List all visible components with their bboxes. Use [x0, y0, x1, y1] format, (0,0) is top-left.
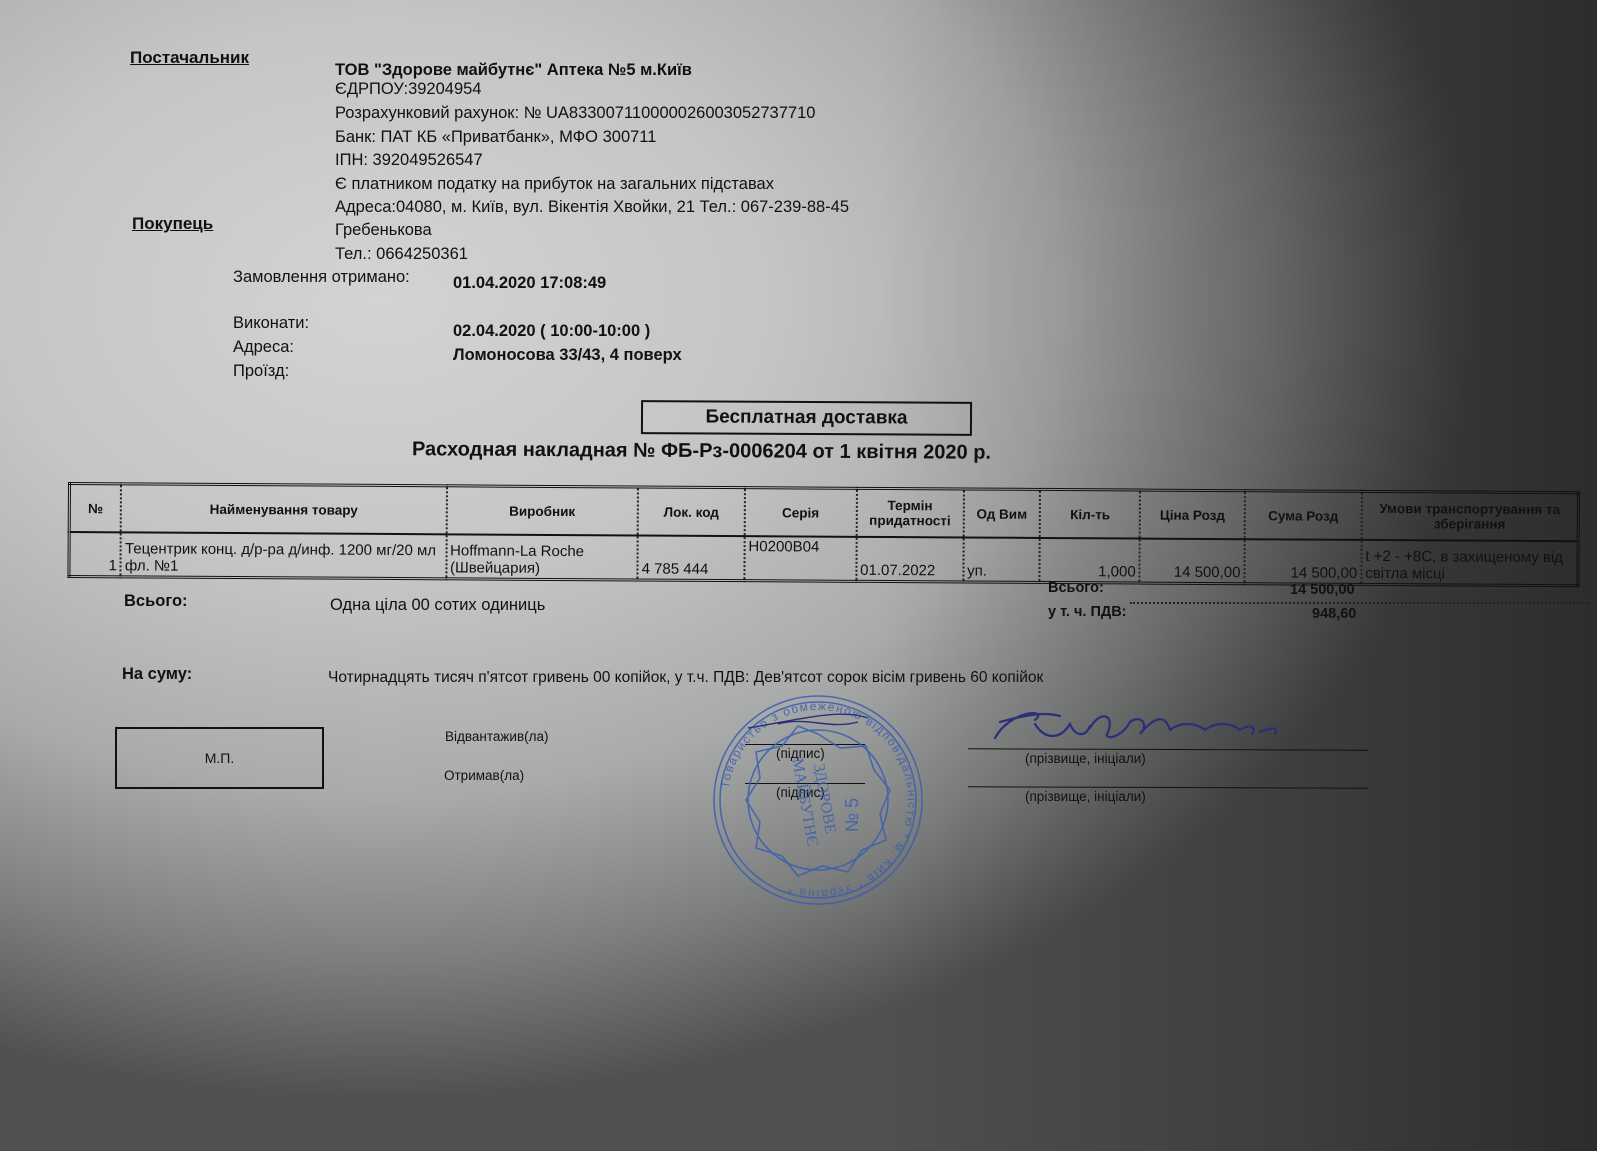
cell-manufacturer: Hoffmann-La Roche (Швейцария) [446, 534, 638, 580]
col-header-price: Ціна Розд [1140, 490, 1245, 539]
total-value: 14 500,00 [1290, 582, 1355, 598]
supplier-edrpou: ЄДРПОУ:39204954 [335, 80, 482, 99]
cell-series: H0200B04 [744, 536, 856, 581]
shipped-label: Відвантажив(ла) [445, 729, 549, 744]
col-header-qty: Кіл-ть [1040, 489, 1140, 538]
free-delivery-badge: Бесплатная доставка [641, 400, 972, 436]
total-right-label: Всього: [1048, 580, 1104, 596]
order-route-label: Проїзд: [233, 362, 289, 381]
buyer-phone: Тел.: 0664250361 [335, 245, 468, 264]
supplier-name: ТОВ "Здорове майбутнє" Аптека №5 м.Київ [335, 61, 692, 80]
invoice-title: Расходная накладная № ФБ-Рз-0006204 от 1… [412, 438, 991, 465]
svg-text:№ 5: № 5 [842, 798, 862, 832]
order-execute-value: 02.04.2020 ( 10:00-10:00 ) [453, 322, 650, 341]
vat-label: у т. ч. ПДВ: [1048, 604, 1127, 620]
cell-sum: 14 500,00 [1244, 539, 1361, 584]
total-label: Всього: [124, 592, 188, 611]
cell-qty: 1,000 [1040, 538, 1140, 583]
supplier-bank: Банк: ПАТ КБ «Приватбанк», МФО 300711 [335, 128, 656, 147]
cell-storage: t +2 - +8C, в захищеному від світла місц… [1361, 540, 1578, 586]
cell-unit: уп. [963, 537, 1040, 582]
cell-name: Тецентрик конц. д/р-ра д/инф. 1200 мг/20… [121, 532, 446, 578]
supplier-tax-status: Є платником податку на прибуток на загал… [335, 175, 774, 194]
col-header-no: № [69, 484, 121, 533]
col-header-expiry: Термін придатності [856, 488, 963, 537]
handwritten-signature-icon [990, 700, 1310, 750]
order-received-label: Замовлення отримано: [233, 268, 410, 287]
order-execute-label: Виконати: [233, 314, 309, 333]
col-header-local-code: Лок. код [638, 487, 745, 536]
order-address-label: Адреса: [233, 338, 294, 357]
cell-price: 14 500,00 [1140, 539, 1245, 584]
supplier-label: Постачальник [130, 48, 249, 68]
col-header-series: Серія [745, 488, 857, 537]
buyer-label: Покупець [132, 214, 213, 234]
total-divider [1130, 602, 1590, 604]
total-words: Одна ціла 00 сотих одиниць [330, 596, 545, 615]
col-header-manufacturer: Виробник [446, 486, 638, 536]
items-table: № Найменування товару Виробник Лок. код … [67, 482, 1580, 587]
order-received-value: 01.04.2020 17:08:49 [453, 274, 606, 293]
stamp-place-box: М.П. [115, 727, 324, 789]
vat-value: 948,60 [1312, 606, 1356, 622]
sum-label: На суму: [122, 665, 192, 684]
supplier-account: Розрахунковий рахунок: № UA8330071100000… [335, 104, 815, 123]
col-header-sum: Сума Розд [1245, 491, 1362, 540]
order-address-value: Ломоносова 33/43, 4 поверх [453, 346, 682, 365]
buyer-name: Гребенькова [335, 221, 432, 240]
table-row: 1 Тецентрик конц. д/р-ра д/инф. 1200 мг/… [69, 532, 1578, 586]
col-header-storage: Умови транспортування та зберігання [1361, 491, 1578, 541]
supplier-address: Адреса:04080, м. Київ, вул. Вікентія Хво… [335, 198, 849, 217]
cell-expiry: 01.07.2022 [856, 537, 963, 582]
company-stamp-icon: ЗДОРОВЕ МАЙБУТНЄ № 5 Товариство з обмеже… [708, 690, 928, 910]
cell-no: 1 [69, 532, 121, 577]
received-label: Отримав(ла) [444, 768, 524, 783]
sum-words: Чотирнадцять тисяч п'ятсот гривень 00 ко… [328, 669, 1043, 687]
received-name-caption: (прізвище, ініціали) [1025, 789, 1146, 804]
cell-local-code: 4 785 444 [638, 535, 745, 580]
shipped-name-caption: (прізвище, ініціали) [1025, 751, 1146, 766]
supplier-ipn: ІПН: 392049526547 [335, 151, 483, 170]
col-header-unit: Од Вим [963, 489, 1040, 538]
col-header-name: Найменування товару [121, 484, 446, 534]
